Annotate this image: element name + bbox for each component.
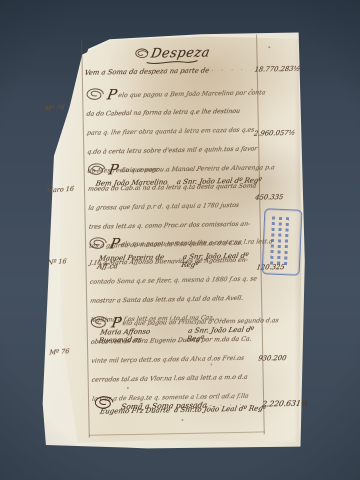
stamp-text-bar [284,217,290,267]
entry-line: J.16 a Maria Affonso Buenavid.es de Agos… [89,256,249,268]
total-line: Somã a Soma passada – · · · – · – 2.220.… [91,392,307,412]
entry-amount: 2.960.057½ [253,129,295,138]
entry-line: para q. lhe fizer obra quanta à letra em… [86,126,255,138]
entry-initial: P [106,90,117,100]
title-flourish-icon [134,48,149,59]
page-title: Despeza [150,45,212,61]
stamp-text-bar [270,217,276,267]
archive-stamp-icon [262,208,303,276]
entry-flourish-icon [85,87,105,100]
carried-forward-line: Vem a Soma da despeza na parte de · · · … [84,65,300,77]
carried-forward-amount: 18.770.283½ [254,65,301,74]
entry-flourish-icon [89,315,109,328]
entry-line: contado Soma q.e se fizer, q. mesma à 18… [89,275,258,287]
margin-note: Nº 16 [47,256,84,267]
margin-note: Maro 16 [46,184,83,195]
margin-note: Mº 76 [49,346,86,357]
total-flourish-icon [91,395,117,409]
entry-line: elo que pagou a Bem João Marcelino por c… [118,88,267,100]
entry-line: tres das lett.as q. como Proc.or dos com… [88,220,251,232]
entry-line: da do Cabedal na forma da letra q.e lhe … [86,107,241,119]
entry-flourish-icon [88,236,108,249]
entry-amount: 450.335 [255,193,284,202]
manuscript-photo: Despeza Vem a Soma da despeza na parte d… [0,0,360,480]
page-title-row: Despeza [111,41,231,66]
dot-leaders: · · · · · · · · · [211,67,251,75]
bottom-ruled-line [89,431,265,435]
entry-line: elo que pagou a Manoel Pereira de Alvare… [119,163,276,175]
entry-line: obras vell.as Obra Eugenio Duarte por m.… [90,335,252,347]
entry-line: cerrados tal.as da Vlor.na l.os alta let… [91,373,249,385]
carried-forward-text: Vem a Soma da despeza na parte de [84,66,210,76]
margin-note: Mº 76 [45,102,82,113]
entry-line: vinte mil terço dett.os q.dos da Alv.a d… [90,354,245,366]
entry-initial: P [108,165,119,175]
entry-line: moeda do Cab.al na d.ta letra q.ta desta… [87,182,257,194]
total-text: Somã a Soma passada [120,401,208,412]
dot-leaders: – · · · – · – [209,402,258,410]
entry-flourish-icon [87,162,107,175]
total-amount: 2.220.631¼ [261,399,309,409]
entry-amount: 930.200 [258,354,287,363]
ink-specks [54,36,56,38]
entry-initial: P [109,239,120,249]
entry-line: elo que pagou somando-lhe a conta na l.r… [121,237,274,249]
entry-initial: P [111,318,122,328]
entry-line: mostrar a Santa das lett.as da q.tal da … [89,294,244,306]
stamp-text-bar [277,217,283,267]
entry-line: elo que pagou ao Principal d'Ordem segun… [122,316,280,328]
entry-line: q.do à certa letra sobre d'estas mil e q… [86,145,258,158]
entry-line: la grossa que fará p.r d. q.tal aqui a 1… [87,201,239,213]
